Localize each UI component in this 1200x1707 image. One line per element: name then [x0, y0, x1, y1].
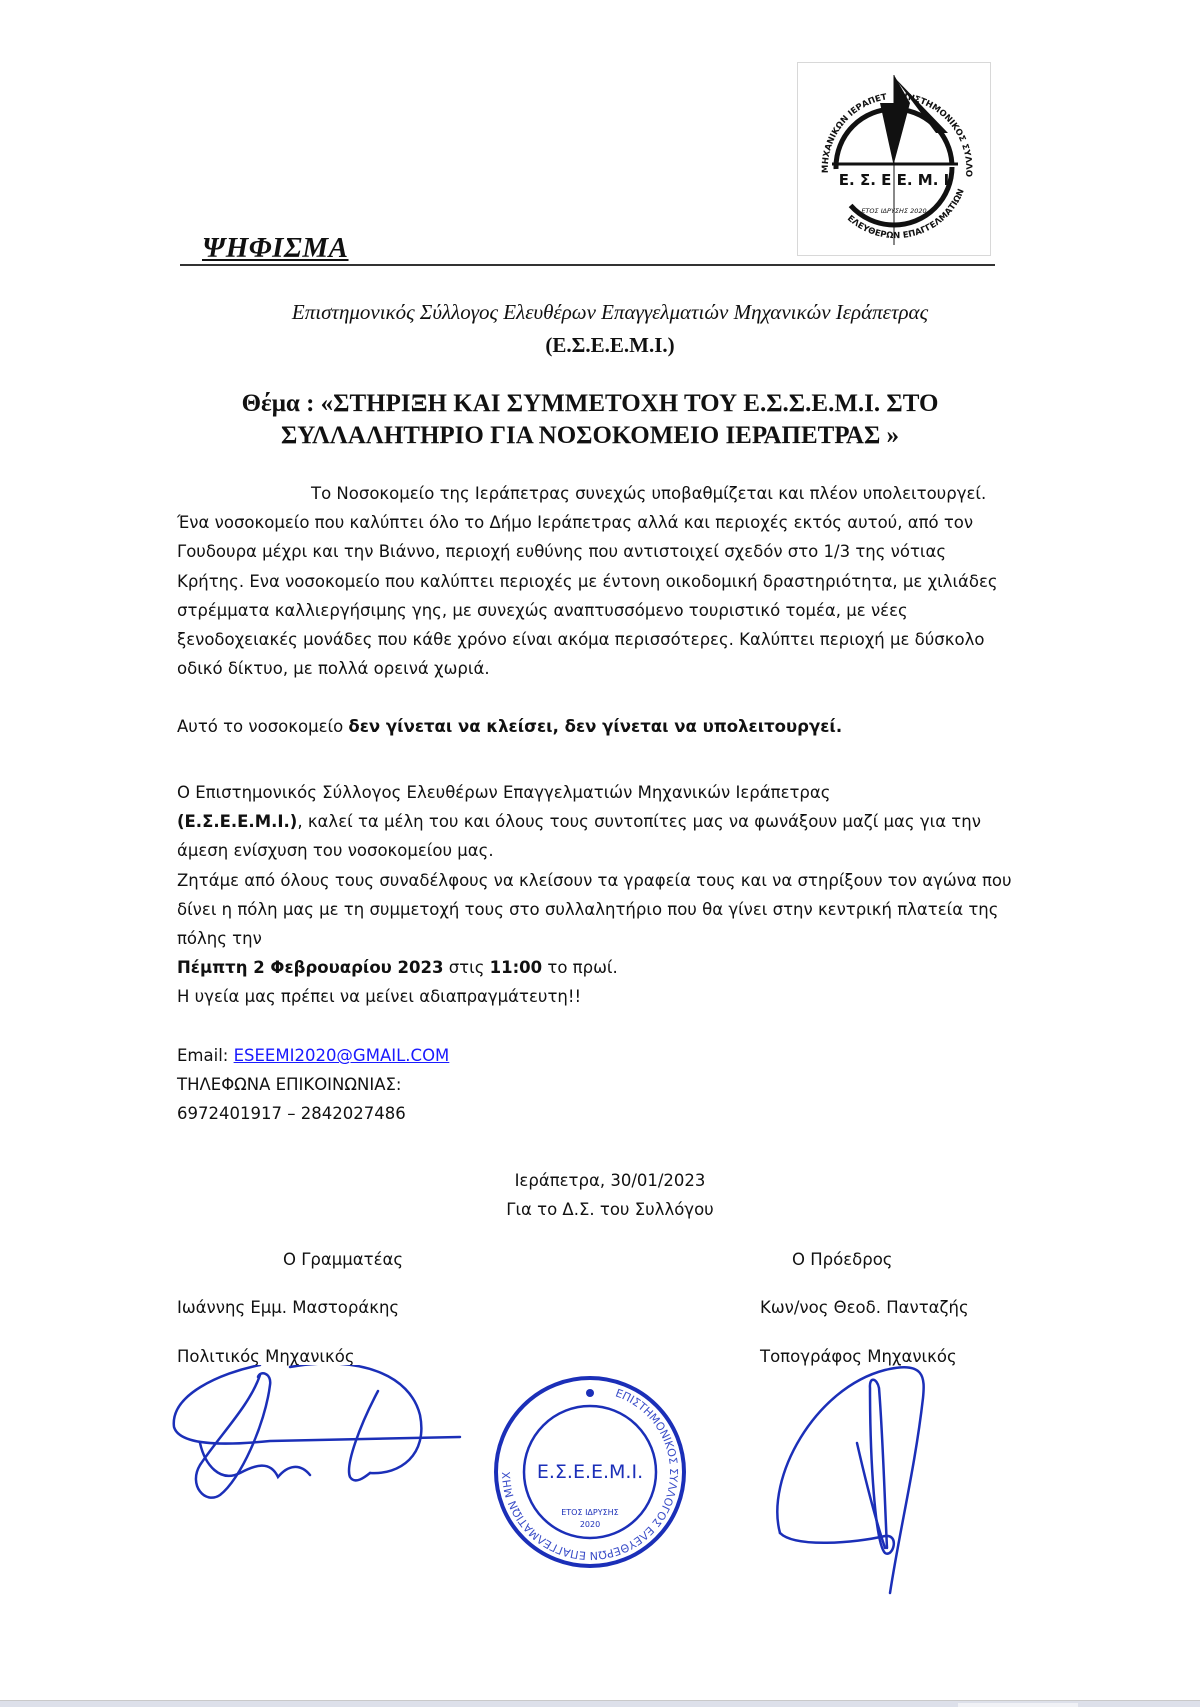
place-date: Ιεράπετρα, 30/01/2023: [20, 1166, 1200, 1195]
compass-logo-icon: Ε. Σ. Ε Ε. Μ. Ι ΜΗΧΑΝΙΚΩΝ ΙΕΡΑΠΕΤΡΑΣ ΕΠΙ…: [798, 63, 990, 255]
call-body: (Ε.Σ.Ε.Ε.Μ.Ι.), καλεί τα μέλη του και όλ…: [177, 807, 1012, 865]
contact-block: Email: ESEEMI2020@GMAIL.COM ΤΗΛΕΦΩΝΑ ΕΠΙ…: [177, 1041, 1012, 1129]
svg-text:Ε. Σ. Ε Ε. Μ. Ι: Ε. Σ. Ε Ε. Μ. Ι: [839, 171, 949, 189]
phones: 6972401917 – 2842027486: [177, 1099, 1012, 1128]
conclusion-emphasis: δεν γίνεται να κλείσει, δεν γίνεται να υ…: [348, 717, 842, 736]
rally-suffix: το πρωί.: [542, 958, 618, 977]
organization-abbreviation: (Ε.Σ.Ε.Ε.Μ.Ι.): [0, 333, 1200, 358]
rally-when: Πέμπτη 2 Φεβρουαρίου 2023 στις 11:00 το …: [177, 953, 1012, 982]
call-rest: , καλεί τα μέλη του και όλους τους συντο…: [177, 812, 981, 860]
president-signature-icon: [775, 1358, 1025, 1603]
place-date-block: Ιεράπετρα, 30/01/2023 Για το Δ.Σ. του Συ…: [0, 1166, 1200, 1224]
association-logo: Ε. Σ. Ε Ε. Μ. Ι ΜΗΧΑΝΙΚΩΝ ΙΕΡΑΠΕΤΡΑΣ ΕΠΙ…: [797, 62, 991, 256]
rally-date: Πέμπτη 2 Φεβρουαρίου 2023: [177, 958, 443, 977]
closing-line: Η υγεία μας πρέπει να μείνει αδιαπραγμάτ…: [177, 982, 1012, 1011]
call-intro: Ο Επιστημονικός Σύλλογος Ελευθέρων Επαγγ…: [177, 778, 1012, 807]
subject-line-2: ΣΥΛΛΑΛΗΤΗΡΙΟ ΓΙΑ ΝΟΣΟΚΟΜΕΙΟ ΙΕΡΑΠΕΤΡΑΣ »: [180, 420, 1000, 452]
secretary-title: Ο Γραμματέας: [283, 1245, 403, 1274]
rally-time: 11:00: [490, 958, 543, 977]
call-abbr: (Ε.Σ.Ε.Ε.Μ.Ι.): [177, 812, 297, 831]
svg-text:ΜΗΧΑΝΙΚΩΝ ΙΕΡΑΠΕΤΡΑΣ: ΜΗΧΑΝΙΚΩΝ ΙΕΡΑΠΕΤΡΑΣ: [798, 63, 888, 173]
title-divider: [180, 264, 995, 266]
email-row: Email: ESEEMI2020@GMAIL.COM: [177, 1041, 1012, 1070]
svg-text:ΕΤΟΣ ΙΔΡΥΣΗΣ: ΕΤΟΣ ΙΔΡΥΣΗΣ: [561, 1508, 619, 1517]
rally-request: Ζητάμε από όλους τους συναδέλφους να κλε…: [177, 866, 1012, 954]
scrollbar-thumb[interactable]: [958, 1703, 1078, 1707]
email-label: Email:: [177, 1046, 234, 1065]
organization-name: Επιστημονικός Σύλλογος Ελευθέρων Επαγγελ…: [0, 300, 1200, 325]
association-stamp-icon: ΕΠΙΣΤΗΜΟΝΙΚΟΣ ΣΥΛΛΟΓΟΣ ΕΛΕΥΘΕΡΩΝ ΕΠΑΓΓΕΛ…: [490, 1372, 690, 1572]
rally-at: στις: [443, 958, 489, 977]
email-link[interactable]: ESEEMI2020@GMAIL.COM: [234, 1046, 450, 1065]
document-title: ΨΗΦΙΣΜΑ: [202, 232, 349, 265]
paragraph-hospital: Το Νοσοκομείο της Ιεράπετρας συνεχώς υπο…: [177, 479, 1012, 683]
subject-heading: Θέμα : «ΣΤΗΡΙΞΗ ΚΑΙ ΣΥΜΜΕΤΟΧΗ ΤΟΥ Ε.Σ.Σ.…: [180, 388, 1000, 452]
svg-text:2020: 2020: [580, 1520, 600, 1529]
president-name: Κων/νος Θεοδ. Πανταζής: [760, 1293, 969, 1322]
svg-text:ΕΤΟΣ ΙΔΡΥΣΗΣ 2020: ΕΤΟΣ ΙΔΡΥΣΗΣ 2020: [861, 207, 926, 215]
president-title: Ο Πρόεδρος: [792, 1245, 892, 1274]
phones-label: ΤΗΛΕΦΩΝΑ ΕΠΙΚΟΙΝΩΝΙΑΣ:: [177, 1070, 1012, 1099]
secretary-signature-icon: [160, 1365, 480, 1515]
secretary-name: Ιωάννης Εμμ. Μαστοράκης: [177, 1293, 399, 1322]
conclusion-prefix: Αυτό το νοσοκομείο: [177, 717, 348, 736]
on-behalf: Για το Δ.Σ. του Συλλόγου: [20, 1195, 1200, 1224]
svg-text:Ε.Σ.Ε.Ε.Μ.Ι.: Ε.Σ.Ε.Ε.Μ.Ι.: [537, 1461, 643, 1483]
paragraph-hospital-conclusion: Αυτό το νοσοκομείο δεν γίνεται να κλείσε…: [177, 712, 1012, 741]
subject-line-1: Θέμα : «ΣΤΗΡΙΞΗ ΚΑΙ ΣΥΜΜΕΤΟΧΗ ΤΟΥ Ε.Σ.Σ.…: [180, 388, 1000, 420]
paragraph-call-to-action: Ο Επιστημονικός Σύλλογος Ελευθέρων Επαγγ…: [177, 778, 1012, 1012]
